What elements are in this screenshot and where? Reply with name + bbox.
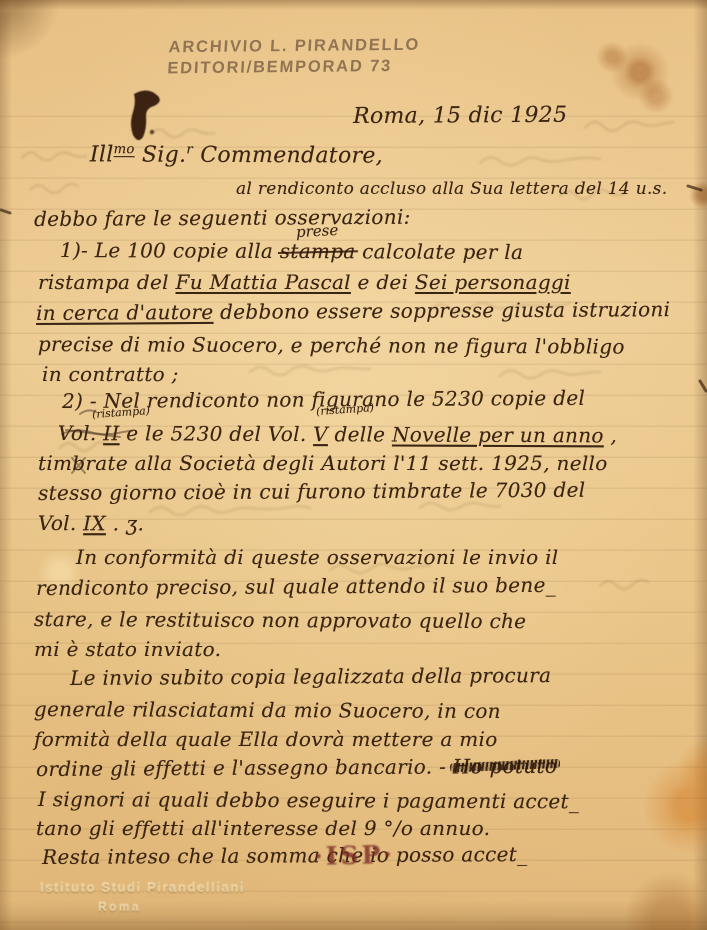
handwritten-line: stare, e le restituisco non approvato qu… bbox=[34, 607, 526, 633]
handwritten-line: In conformità di queste osservazioni le … bbox=[76, 545, 558, 569]
handwritten-line: in contratto ; bbox=[42, 362, 179, 386]
handwritten-line: mi è stato inviato. bbox=[34, 637, 221, 661]
handwritten-line: Resta inteso che la somma che io posso a… bbox=[42, 842, 527, 869]
handwritten-line: I signori ai quali debbo eseguire i paga… bbox=[38, 787, 579, 813]
handwritten-line: generale rilasciatami da mio Suocero, in… bbox=[34, 697, 501, 723]
dateline: Roma, 15 dic 1925 bbox=[353, 103, 567, 129]
embossed-watermark-line: Roma bbox=[98, 900, 141, 914]
interline-correction: prese bbox=[296, 221, 339, 241]
letter-page: ARCHIVIO L. PIRANDELLO EDITORI/BEMPORAD … bbox=[0, 0, 707, 930]
isp-stamp: ·ISP· bbox=[314, 840, 396, 871]
handwritten-line: ristampa del Fu Mattia Pascal e dei Sei … bbox=[38, 270, 571, 294]
salutation-line: Illmo Sig.r Commendatore, bbox=[90, 142, 383, 169]
handwritten-line: Vol. IX . ʒ. bbox=[38, 511, 144, 535]
handwritten-line: Vol. II e le 5230 del Vol. V delle Novel… bbox=[58, 421, 617, 447]
handwritten-line: precise di mio Suocero, e perché non ne … bbox=[38, 332, 625, 359]
handwritten-line: Le invio subito copia legalizzata della … bbox=[70, 663, 551, 690]
handwritten-line: stesso giorno cioè in cui furono timbrat… bbox=[38, 478, 585, 505]
handwritten-line: ordine gli effetti e l'assegno bancario.… bbox=[36, 754, 557, 781]
handwritten-line: debbo fare le seguenti osservazioni: bbox=[34, 205, 411, 231]
handwritten-line: timbrate alla Società degli Autori l'11 … bbox=[38, 451, 608, 475]
handwritten-line: tano gli effetti all'interesse del 9 °/o… bbox=[36, 816, 490, 840]
handwritten-line: in cerca d'autore debbono essere soppres… bbox=[36, 297, 670, 325]
handwritten-line: rendiconto preciso, sul quale attendo il… bbox=[36, 573, 556, 600]
handwritten-line: al rendiconto accluso alla Sua lettera d… bbox=[236, 179, 667, 199]
handwritten-line: 1)- Le 100 copie alla stampa calcolate p… bbox=[60, 238, 523, 264]
handwritten-line: formità della quale Ella dovrà mettere a… bbox=[34, 727, 498, 751]
embossed-watermark-line: Istituto Studi Pirandelliani bbox=[40, 880, 245, 895]
